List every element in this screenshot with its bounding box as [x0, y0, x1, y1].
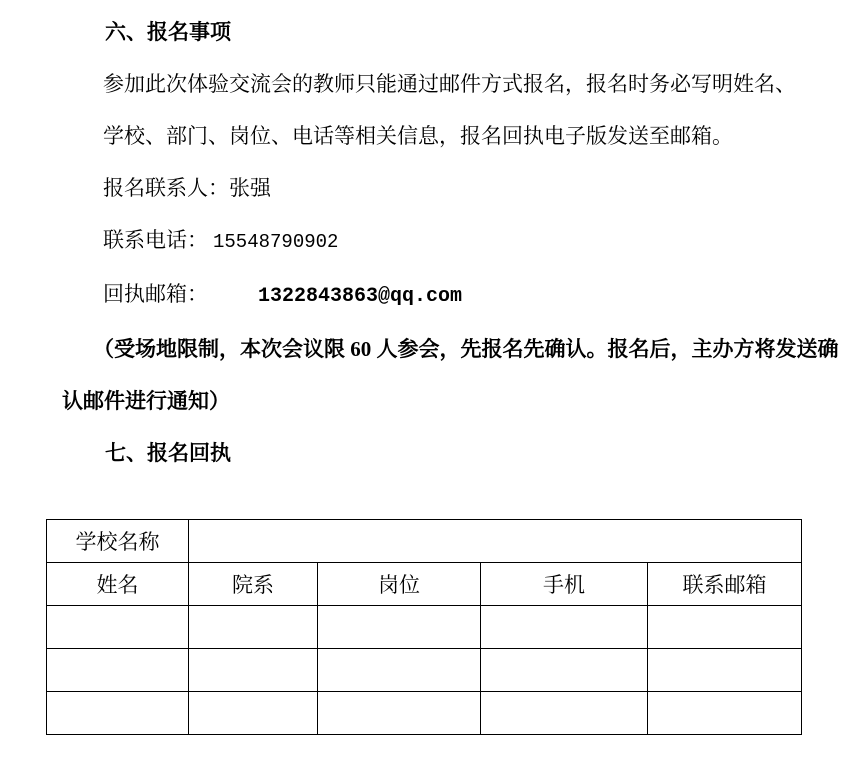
empty-cell-position-2[interactable]: [318, 649, 481, 692]
table-row-empty-3: [47, 692, 802, 735]
empty-cell-position-3[interactable]: [318, 692, 481, 735]
contact-person-value: 张强: [229, 176, 271, 200]
table-row-empty-2: [47, 649, 802, 692]
section6-heading: 六、报名事项: [105, 6, 862, 58]
column-header-position: 岗位: [318, 563, 481, 606]
table-row-school: 学校名称: [47, 520, 802, 563]
school-name-input-cell[interactable]: [189, 520, 802, 563]
empty-cell-mobile-3[interactable]: [481, 692, 648, 735]
intro-paragraph-line1: 参加此次体验交流会的教师只能通过邮件方式报名，报名时务必写明姓名、: [103, 58, 862, 110]
empty-cell-position-1[interactable]: [318, 606, 481, 649]
table-row-headers: 姓名 院系 岗位 手机 联系邮箱: [47, 563, 802, 606]
empty-cell-name-3[interactable]: [47, 692, 189, 735]
column-header-name: 姓名: [47, 563, 189, 606]
empty-cell-department-3[interactable]: [189, 692, 318, 735]
contact-person-line: 报名联系人：张强: [103, 162, 862, 214]
column-header-mobile: 手机: [481, 563, 648, 606]
empty-cell-mobile-1[interactable]: [481, 606, 648, 649]
empty-cell-email-1[interactable]: [648, 606, 802, 649]
empty-cell-email-2[interactable]: [648, 649, 802, 692]
contact-person-label: 报名联系人：: [103, 176, 229, 200]
empty-cell-name-2[interactable]: [47, 649, 189, 692]
capacity-note-line1: （受场地限制，本次会议限 60 人参会，先报名先确认。报名后，主办方将发送确: [93, 323, 862, 375]
document-page: 六、报名事项 参加此次体验交流会的教师只能通过邮件方式报名，报名时务必写明姓名、…: [0, 0, 862, 735]
school-name-label-cell: 学校名称: [47, 520, 189, 563]
capacity-note-line2: 认邮件进行通知）: [62, 375, 862, 427]
empty-cell-department-2[interactable]: [189, 649, 318, 692]
contact-phone-value: 15548790902: [213, 231, 338, 253]
section7-heading: 七、报名回执: [105, 427, 862, 479]
column-header-department: 院系: [189, 563, 318, 606]
registration-receipt-table: 学校名称 姓名 院系 岗位 手机 联系邮箱: [46, 519, 802, 735]
contact-phone-label: 联系电话：: [103, 228, 208, 252]
empty-cell-department-1[interactable]: [189, 606, 318, 649]
reply-email-value: 1322843863@qq.com: [258, 285, 462, 308]
reply-email-label: 回执邮箱：: [103, 282, 208, 306]
empty-cell-email-3[interactable]: [648, 692, 802, 735]
empty-cell-mobile-2[interactable]: [481, 649, 648, 692]
reply-email-line: 回执邮箱：1322843863@qq.com: [103, 268, 862, 323]
intro-paragraph-line2: 学校、部门、岗位、电话等相关信息，报名回执电子版发送至邮箱。: [103, 110, 862, 162]
contact-phone-line: 联系电话：15548790902: [103, 214, 862, 268]
table-row-empty-1: [47, 606, 802, 649]
column-header-email: 联系邮箱: [648, 563, 802, 606]
empty-cell-name-1[interactable]: [47, 606, 189, 649]
